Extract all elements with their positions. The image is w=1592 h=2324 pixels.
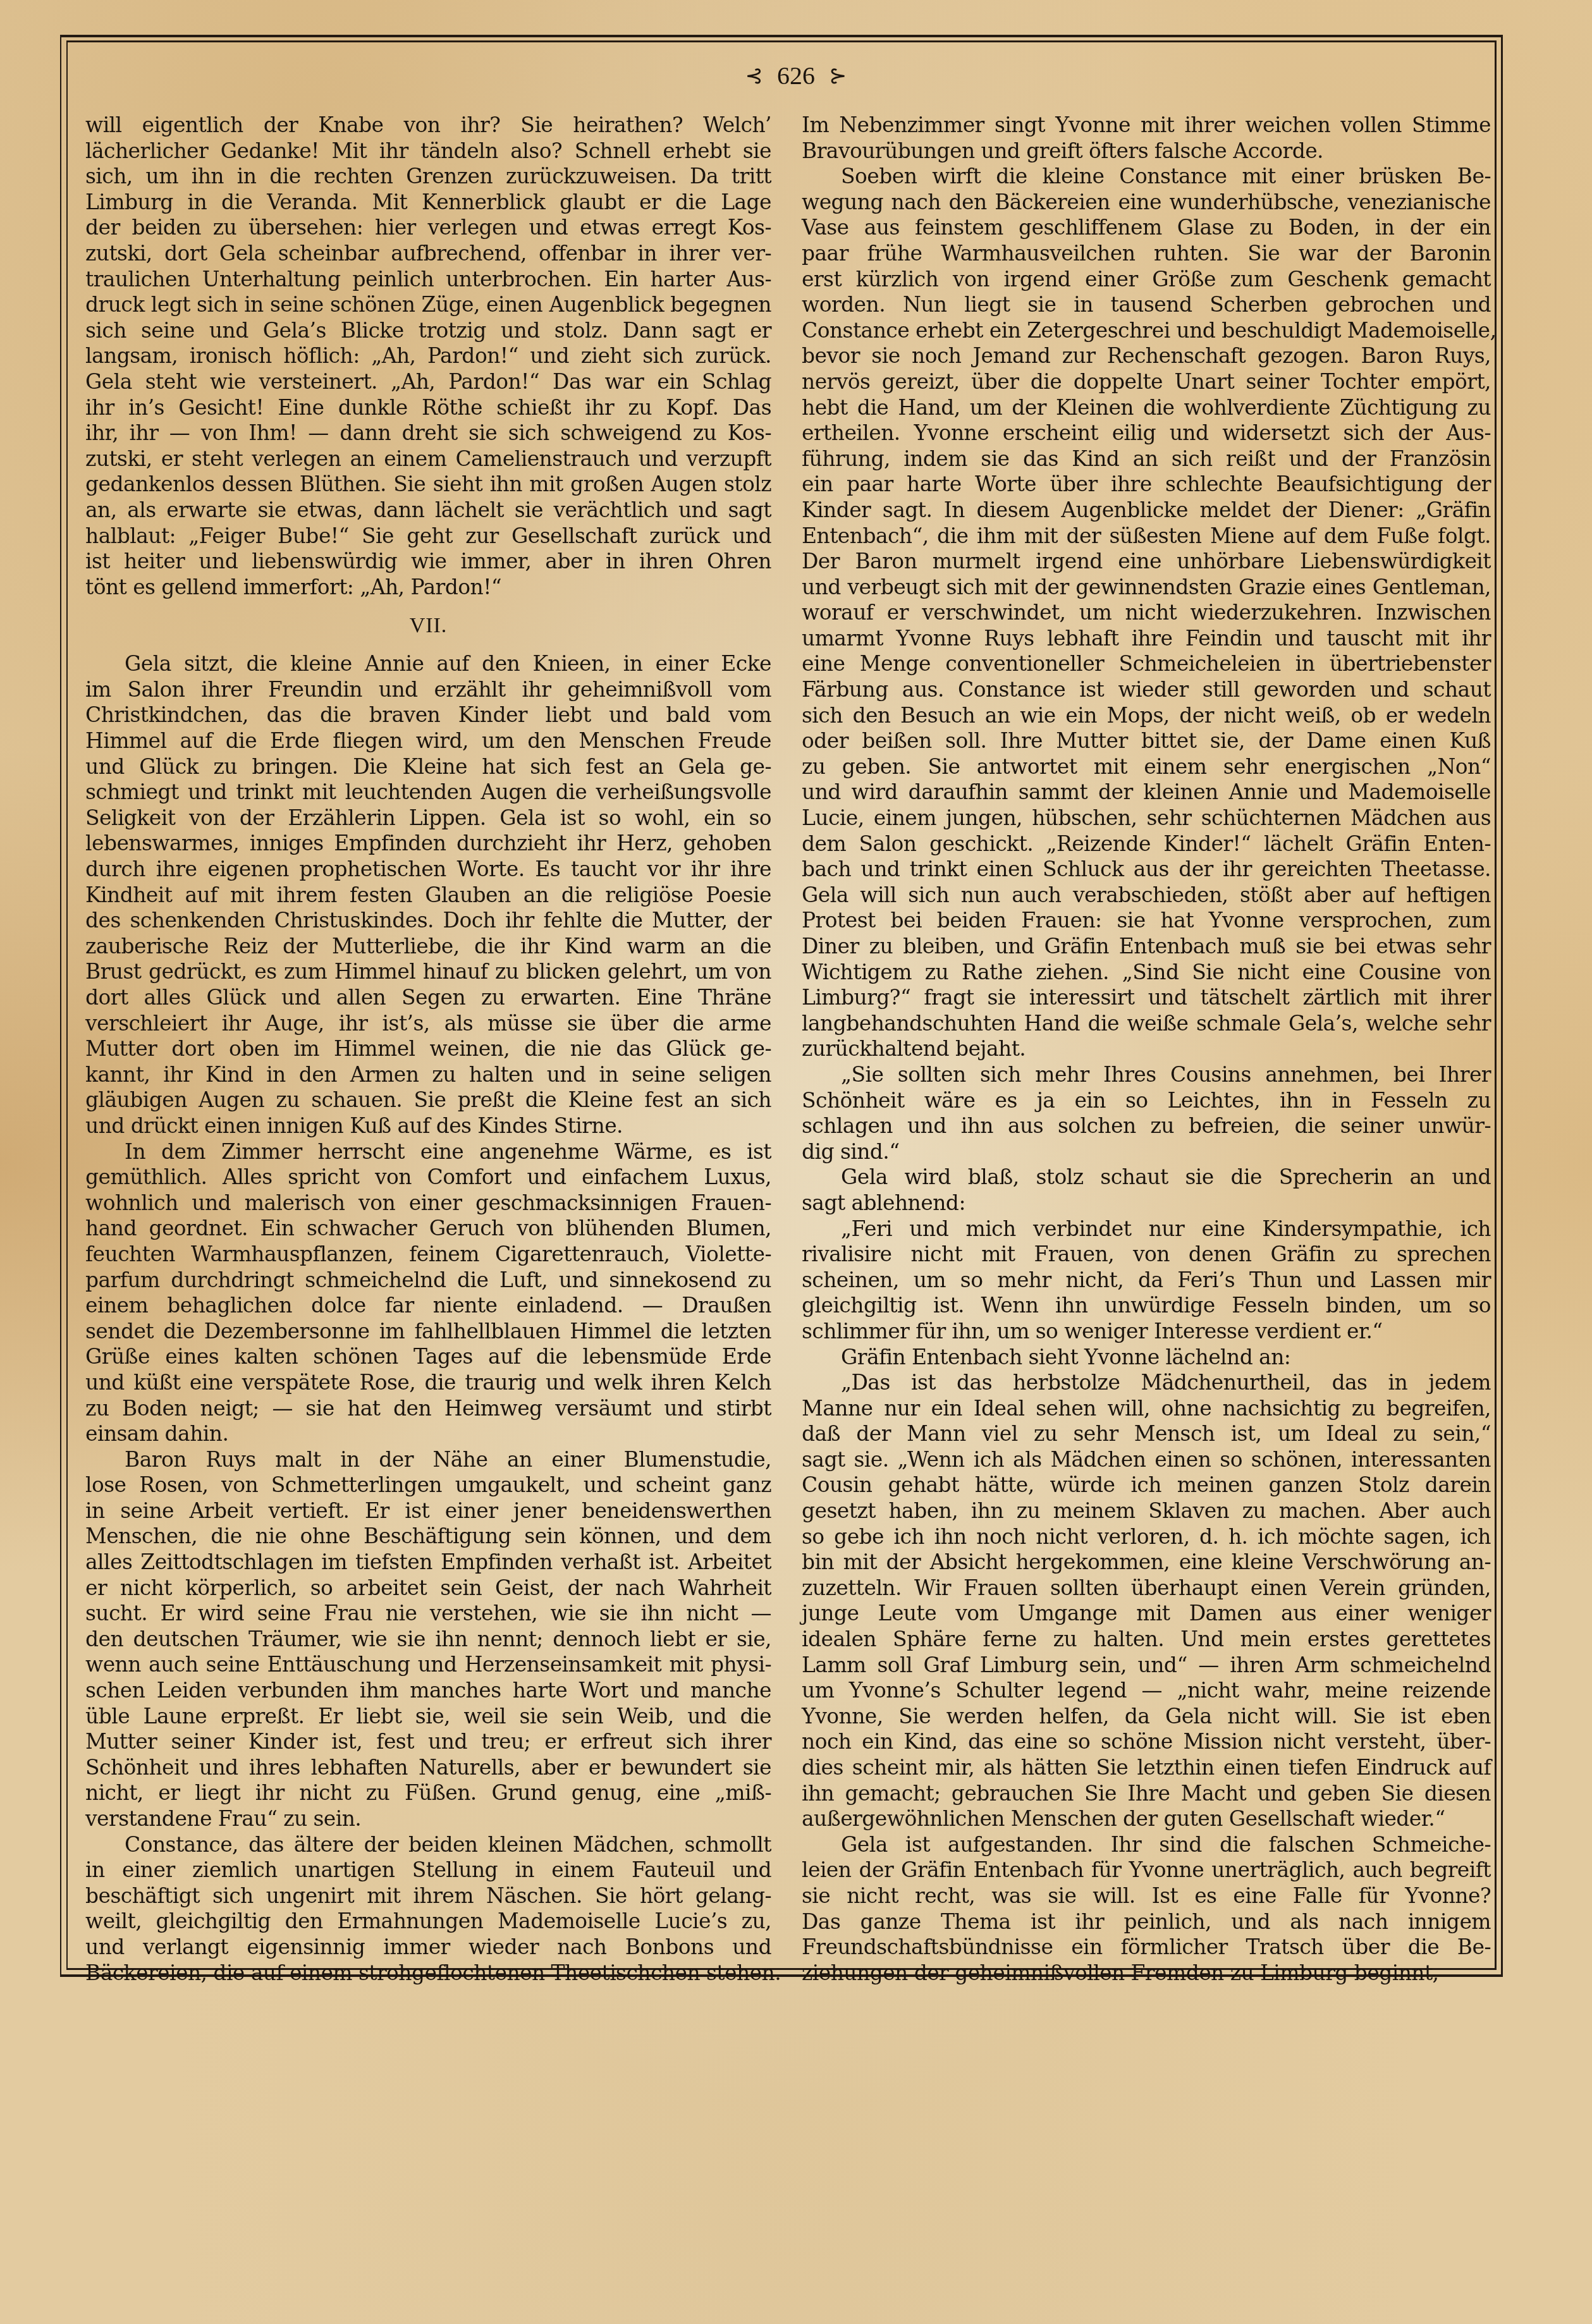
text-line: gläubigen Augen zu schauen. Sie preßt di… [85, 1087, 771, 1113]
text-line: Kindheit auf mit ihrem festen Glauben an… [85, 883, 771, 908]
text-line: Gela sitzt, die kleine Annie auf den Kni… [85, 651, 771, 677]
text-line: sagt sie. „Wenn ich als Mädchen einen so… [802, 1447, 1491, 1473]
text-line: beschäftigt sich ungenirt mit ihrem Näsc… [85, 1883, 771, 1909]
text-line: „Das ist das herbstolze Mädchenurtheil, … [802, 1370, 1491, 1396]
text-line: und küßt eine verspätete Rose, die traur… [85, 1370, 771, 1396]
text-line: und verbeugt sich mit der gewinnendsten … [802, 575, 1491, 601]
text-line: lebenswarmes, inniges Empfinden durchzie… [85, 831, 771, 857]
text-line: durch ihre eigenen prophetischen Worte. … [85, 857, 771, 883]
text-line: dig sind.“ [802, 1139, 1491, 1165]
text-line: Gela ist aufgestanden. Ihr sind die fals… [802, 1832, 1491, 1858]
text-line: in einer ziemlich unartigen Stellung in … [85, 1857, 771, 1883]
text-line: Menschen, die nie ohne Beschäftigung sei… [85, 1524, 771, 1550]
text-line: „Sie sollten sich mehr Ihres Cousins ann… [802, 1062, 1491, 1088]
text-line: so gebe ich ihn noch nicht verloren, d. … [802, 1524, 1491, 1550]
text-line: lächerlicher Gedanke! Mit ihr tändeln al… [85, 138, 771, 164]
text-line: außergewöhnlichen Menschen der guten Ges… [802, 1806, 1491, 1832]
text-line: druck legt sich in seine schönen Züge, e… [85, 292, 771, 318]
text-line: gedankenlos dessen Blüthen. Sie sieht ih… [85, 472, 771, 498]
paragraph: Gräfin Entenbach sieht Yvonne lächelnd a… [802, 1345, 1491, 1371]
text-line: sie nicht recht, was sie will. Ist es ei… [802, 1883, 1491, 1909]
text-line: halblaut: „Feiger Bube!“ Sie geht zur Ge… [85, 523, 771, 549]
text-line: langsam, ironisch höflich: „Ah, Pardon!“… [85, 343, 771, 369]
text-line: nicht, er liegt ihr nicht zu Füßen. Grun… [85, 1780, 771, 1806]
text-line: worauf er verschwindet, um nicht wiederz… [802, 600, 1491, 626]
text-line: gleichgiltig ist. Wenn ihn unwürdige Fes… [802, 1293, 1491, 1319]
text-line: Wichtigem zu Rathe ziehen. „Sind Sie nic… [802, 960, 1491, 986]
left-text-column: will eigentlich der Knabe von ihr? Sie h… [85, 113, 771, 1986]
text-line: zurückhaltend bejaht. [802, 1036, 1491, 1062]
text-line: sucht. Er wird seine Frau nie verstehen,… [85, 1601, 771, 1627]
text-line: eine Menge conventioneller Schmeicheleie… [802, 651, 1491, 677]
text-line: feuchten Warmhauspflanzen, feinem Cigare… [85, 1242, 771, 1268]
text-line: erst kürzlich von irgend einer Größe zum… [802, 267, 1491, 293]
text-line: ihn gemacht; gebrauchen Sie Ihre Macht u… [802, 1781, 1491, 1807]
text-line: im Salon ihrer Freundin und erzählt ihr … [85, 677, 771, 703]
text-line: ihr, ihr — von Ihm! — dann dreht sie sic… [85, 420, 771, 446]
text-line: Constance, das ältere der beiden kleinen… [85, 1832, 771, 1858]
paragraph: „Feri und mich verbindet nur eine Kinder… [802, 1216, 1491, 1345]
text-line: Himmel auf die Erde fliegen wird, um den… [85, 728, 771, 754]
text-line: ist heiter und liebenswürdig wie immer, … [85, 549, 771, 575]
text-line: Färbung aus. Constance ist wieder still … [802, 677, 1491, 703]
text-line: ein paar harte Worte über ihre schlechte… [802, 472, 1491, 498]
text-line: Gela will sich nun auch verabschieden, s… [802, 883, 1491, 908]
paragraph: Gela ist aufgestanden. Ihr sind die fals… [802, 1832, 1491, 1986]
text-line: Soeben wirft die kleine Constance mit ei… [802, 164, 1491, 190]
paragraph: Constance, das ältere der beiden kleinen… [85, 1832, 771, 1986]
text-line: einem behaglichen dolce far niente einla… [85, 1293, 771, 1319]
text-line: schlimmer für ihn, um so weniger Interes… [802, 1319, 1491, 1345]
paragraph: Gela wird blaß, stolz schaut sie die Spr… [802, 1165, 1491, 1216]
text-line: Mutter dort oben im Himmel weinen, die n… [85, 1036, 771, 1062]
text-line: sich, um ihn in die rechten Grenzen zurü… [85, 164, 771, 190]
text-line: Grüße eines kalten schönen Tages auf die… [85, 1344, 771, 1370]
text-line: gemüthlich. Alles spricht von Comfort un… [85, 1165, 771, 1190]
text-line: zu geben. Sie antwortet mit einem sehr e… [802, 754, 1491, 780]
text-line: einsam dahin. [85, 1421, 771, 1447]
text-line: Das ganze Thema ist ihr peinlich, und al… [802, 1909, 1491, 1935]
text-line: oder beißen soll. Ihre Mutter bittet sie… [802, 728, 1491, 754]
text-line: Kinder sagt. In diesem Augenblicke melde… [802, 498, 1491, 523]
text-line: Seligkeit von der Erzählerin Lippen. Gel… [85, 805, 771, 831]
text-line: zutski, dort Gela scheinbar aufbrechend,… [85, 241, 771, 267]
right-text-column: Im Nebenzimmer singt Yvonne mit ihrer we… [802, 113, 1491, 1986]
text-line: Cousin gehabt hätte, würde ich meinen ga… [802, 1472, 1491, 1498]
text-line: er nicht körperlich, so arbeitet sein Ge… [85, 1575, 771, 1601]
text-line: verschleiert ihr Auge, ihr ist’s, als mü… [85, 1011, 771, 1037]
text-line: lose Rosen, von Schmetterlingen umgaukel… [85, 1472, 771, 1498]
text-line: und wird daraufhin sammt der kleinen Ann… [802, 780, 1491, 805]
paragraph: Im Nebenzimmer singt Yvonne mit ihrer we… [802, 113, 1491, 164]
text-line: dort alles Glück und allen Segen zu erwa… [85, 985, 771, 1011]
paragraph: Soeben wirft die kleine Constance mit ei… [802, 164, 1491, 1062]
text-line: traulichen Unterhaltung peinlich unterbr… [85, 267, 771, 293]
text-line: zauberische Reiz der Mutterliebe, die ih… [85, 934, 771, 960]
text-line: des schenkenden Christuskindes. Doch ihr… [85, 908, 771, 934]
text-line: führung, indem sie das Kind an sich reiß… [802, 446, 1491, 472]
text-line: Mutter seiner Kinder ist, fest und treu;… [85, 1729, 771, 1755]
text-line: dies scheint mir, als hätten Sie letzthi… [802, 1755, 1491, 1781]
text-line: umarmt Yvonne Ruys lebhaft ihre Feindin … [802, 626, 1491, 652]
text-line: an, als erwarte sie etwas, dann lächelt … [85, 498, 771, 523]
text-line: In dem Zimmer herrscht eine angenehme Wä… [85, 1139, 771, 1165]
text-line: daß der Mann viel zu sehr Mensch ist, um… [802, 1421, 1491, 1447]
section-heading: VII. [85, 600, 771, 651]
text-line: sagt ablehnend: [802, 1190, 1491, 1216]
text-line: rivalisire nicht mit Frauen, von denen G… [802, 1242, 1491, 1268]
text-line: und Glück zu bringen. Die Kleine hat sic… [85, 754, 771, 780]
text-line: junge Leute vom Umgange mit Damen aus ei… [802, 1601, 1491, 1627]
paragraph: Baron Ruys malt in der Nähe an einer Blu… [85, 1447, 771, 1832]
text-line: hand geordnet. Ein schwacher Geruch von … [85, 1216, 771, 1242]
text-line: verstandene Frau“ zu sein. [85, 1806, 771, 1832]
text-line: Limburg in die Veranda. Mit Kennerblick … [85, 190, 771, 216]
ornament-right-icon: ⊱ [829, 61, 847, 92]
ornament-left-icon: ⊰ [745, 61, 764, 92]
text-line: Constance erhebt ein Zetergeschrei und b… [802, 318, 1491, 344]
text-line: der beiden zu übersehen: hier verlegen u… [85, 215, 771, 241]
text-line: zu Boden neigt; — sie hat den Heimweg ve… [85, 1396, 771, 1422]
text-line: Yvonne, Sie werden helfen, da Gela nicht… [802, 1704, 1491, 1730]
text-line: Entenbach“, die ihm mit der süßesten Mie… [802, 523, 1491, 549]
text-line: in seine Arbeit vertieft. Er ist einer j… [85, 1498, 771, 1524]
text-line: tönt es gellend immerfort: „Ah, Pardon!“ [85, 575, 771, 601]
paragraph: „Sie sollten sich mehr Ihres Cousins ann… [802, 1062, 1491, 1165]
text-line: scheinen, um so mehr nicht, da Feri’s Th… [802, 1268, 1491, 1293]
text-line: Vase aus feinstem geschliffenem Glase zu… [802, 215, 1491, 241]
text-line: paar frühe Warmhausveilchen ruhten. Sie … [802, 241, 1491, 267]
text-line: dem Salon geschickt. „Reizende Kinder!“ … [802, 831, 1491, 857]
text-line: Schönheit und ihres lebhaften Naturells,… [85, 1755, 771, 1781]
text-line: ertheilen. Yvonne erscheint eilig und wi… [802, 420, 1491, 446]
text-line: Manne nur ein Ideal sehen will, ohne nac… [802, 1396, 1491, 1422]
text-line: Schönheit wäre es ja ein so Leichtes, ih… [802, 1088, 1491, 1114]
paragraph: „Das ist das herbstolze Mädchenurtheil, … [802, 1370, 1491, 1832]
text-line: Brust gedrückt, es zum Himmel hinauf zu … [85, 959, 771, 985]
text-line: und verlangt eigensinnig immer wieder na… [85, 1935, 771, 1960]
text-line: bin mit der Absicht hergekommen, eine kl… [802, 1550, 1491, 1575]
text-line: idealen Sphäre ferne zu halten. Und mein… [802, 1627, 1491, 1653]
paragraph: will eigentlich der Knabe von ihr? Sie h… [85, 113, 771, 600]
text-line: um Yvonne’s Schulter legend — „nicht wah… [802, 1678, 1491, 1704]
text-line: üble Laune erpreßt. Er liebt sie, weil s… [85, 1704, 771, 1730]
text-line: leien der Gräfin Entenbach für Yvonne un… [802, 1857, 1491, 1883]
text-line: Lamm soll Graf Limburg sein, und“ — ihre… [802, 1653, 1491, 1679]
text-line: den deutschen Träumer, wie sie ihn nennt… [85, 1627, 771, 1653]
text-line: Bäckereien, die auf einem strohgeflochte… [85, 1960, 771, 1986]
text-line: Der Baron murmelt irgend eine unhörbare … [802, 549, 1491, 575]
text-line: bevor sie noch Jemand zur Rechenschaft g… [802, 343, 1491, 369]
page-number: 626 [777, 61, 815, 90]
text-line: sendet die Dezembersonne im fahlhellblau… [85, 1319, 771, 1345]
text-line: sich den Besuch an wie ein Mops, der nic… [802, 703, 1491, 729]
text-line: Freundschaftsbündnisse ein förmlicher Tr… [802, 1935, 1491, 1960]
text-line: wegung nach den Bäckereien eine wunderhü… [802, 190, 1491, 216]
text-line: „Feri und mich verbindet nur eine Kinder… [802, 1216, 1491, 1242]
text-line: schlagen und ihn aus solchen zu befreien… [802, 1113, 1491, 1139]
text-line: alles Zeittodtschlagen im tiefsten Empfi… [85, 1550, 771, 1575]
text-line: schmiegt und trinkt mit leuchtenden Auge… [85, 780, 771, 805]
text-line: worden. Nun liegt sie in tausend Scherbe… [802, 292, 1491, 318]
text-line: bach und trinkt einen Schluck aus der ih… [802, 857, 1491, 883]
text-line: gesetzt haben, ihn zu meinem Sklaven zu … [802, 1498, 1491, 1524]
text-line: ihr in’s Gesicht! Eine dunkle Röthe schi… [85, 395, 771, 421]
text-line: Gela steht wie versteinert. „Ah, Pardon!… [85, 369, 771, 395]
text-line: Gräfin Entenbach sieht Yvonne lächelnd a… [802, 1345, 1491, 1371]
text-line: hebt die Hand, um der Kleinen die wohlve… [802, 395, 1491, 421]
text-line: kannt, ihr Kind in den Armen zu halten u… [85, 1062, 771, 1088]
text-line: schen Leiden verbunden ihm manches harte… [85, 1678, 771, 1704]
text-line: zutski, er steht verlegen an einem Camel… [85, 446, 771, 472]
text-line: parfum durchdringt schmeichelnd die Luft… [85, 1268, 771, 1293]
text-line: nervös gereizt, über die doppelte Unart … [802, 369, 1491, 395]
text-line: Gela wird blaß, stolz schaut sie die Spr… [802, 1165, 1491, 1190]
paragraph: Gela sitzt, die kleine Annie auf den Kni… [85, 651, 771, 1139]
text-line: ziehungen der geheimnißvollen Fremden zu… [802, 1960, 1491, 1986]
text-line: Baron Ruys malt in der Nähe an einer Blu… [85, 1447, 771, 1473]
text-line: Diner zu bleiben, und Gräfin Entenbach m… [802, 934, 1491, 960]
paragraph: In dem Zimmer herrscht eine angenehme Wä… [85, 1139, 771, 1447]
text-line: weilt, gleichgiltig den Ermahnungen Made… [85, 1909, 771, 1935]
text-line: Protest bei beiden Frauen: sie hat Yvonn… [802, 908, 1491, 934]
page-number-header: ⊰626⊱ [0, 61, 1592, 92]
text-line: Christkindchen, das die braven Kinder li… [85, 702, 771, 728]
text-line: und drückt einen innigen Kuß auf des Kin… [85, 1113, 771, 1139]
text-line: will eigentlich der Knabe von ihr? Sie h… [85, 113, 771, 138]
text-line: Lucie, einem jungen, hübschen, sehr schü… [802, 805, 1491, 831]
text-line: wohnlich und malerisch von einer geschma… [85, 1190, 771, 1216]
text-line: noch ein Kind, das eine so schöne Missio… [802, 1729, 1491, 1755]
text-line: sich seine und Gela’s Blicke trotzig und… [85, 318, 771, 344]
text-line: Bravourübungen und greift öfters falsche… [802, 138, 1491, 164]
text-line: wenn auch seine Enttäuschung und Herzens… [85, 1652, 771, 1678]
text-line: Im Nebenzimmer singt Yvonne mit ihrer we… [802, 113, 1491, 138]
text-line: langbehandschuhten Hand die weiße schmal… [802, 1011, 1491, 1037]
text-line: Limburg?“ fragt sie interessirt und täts… [802, 985, 1491, 1011]
text-line: zuzetteln. Wir Frauen sollten überhaupt … [802, 1575, 1491, 1601]
